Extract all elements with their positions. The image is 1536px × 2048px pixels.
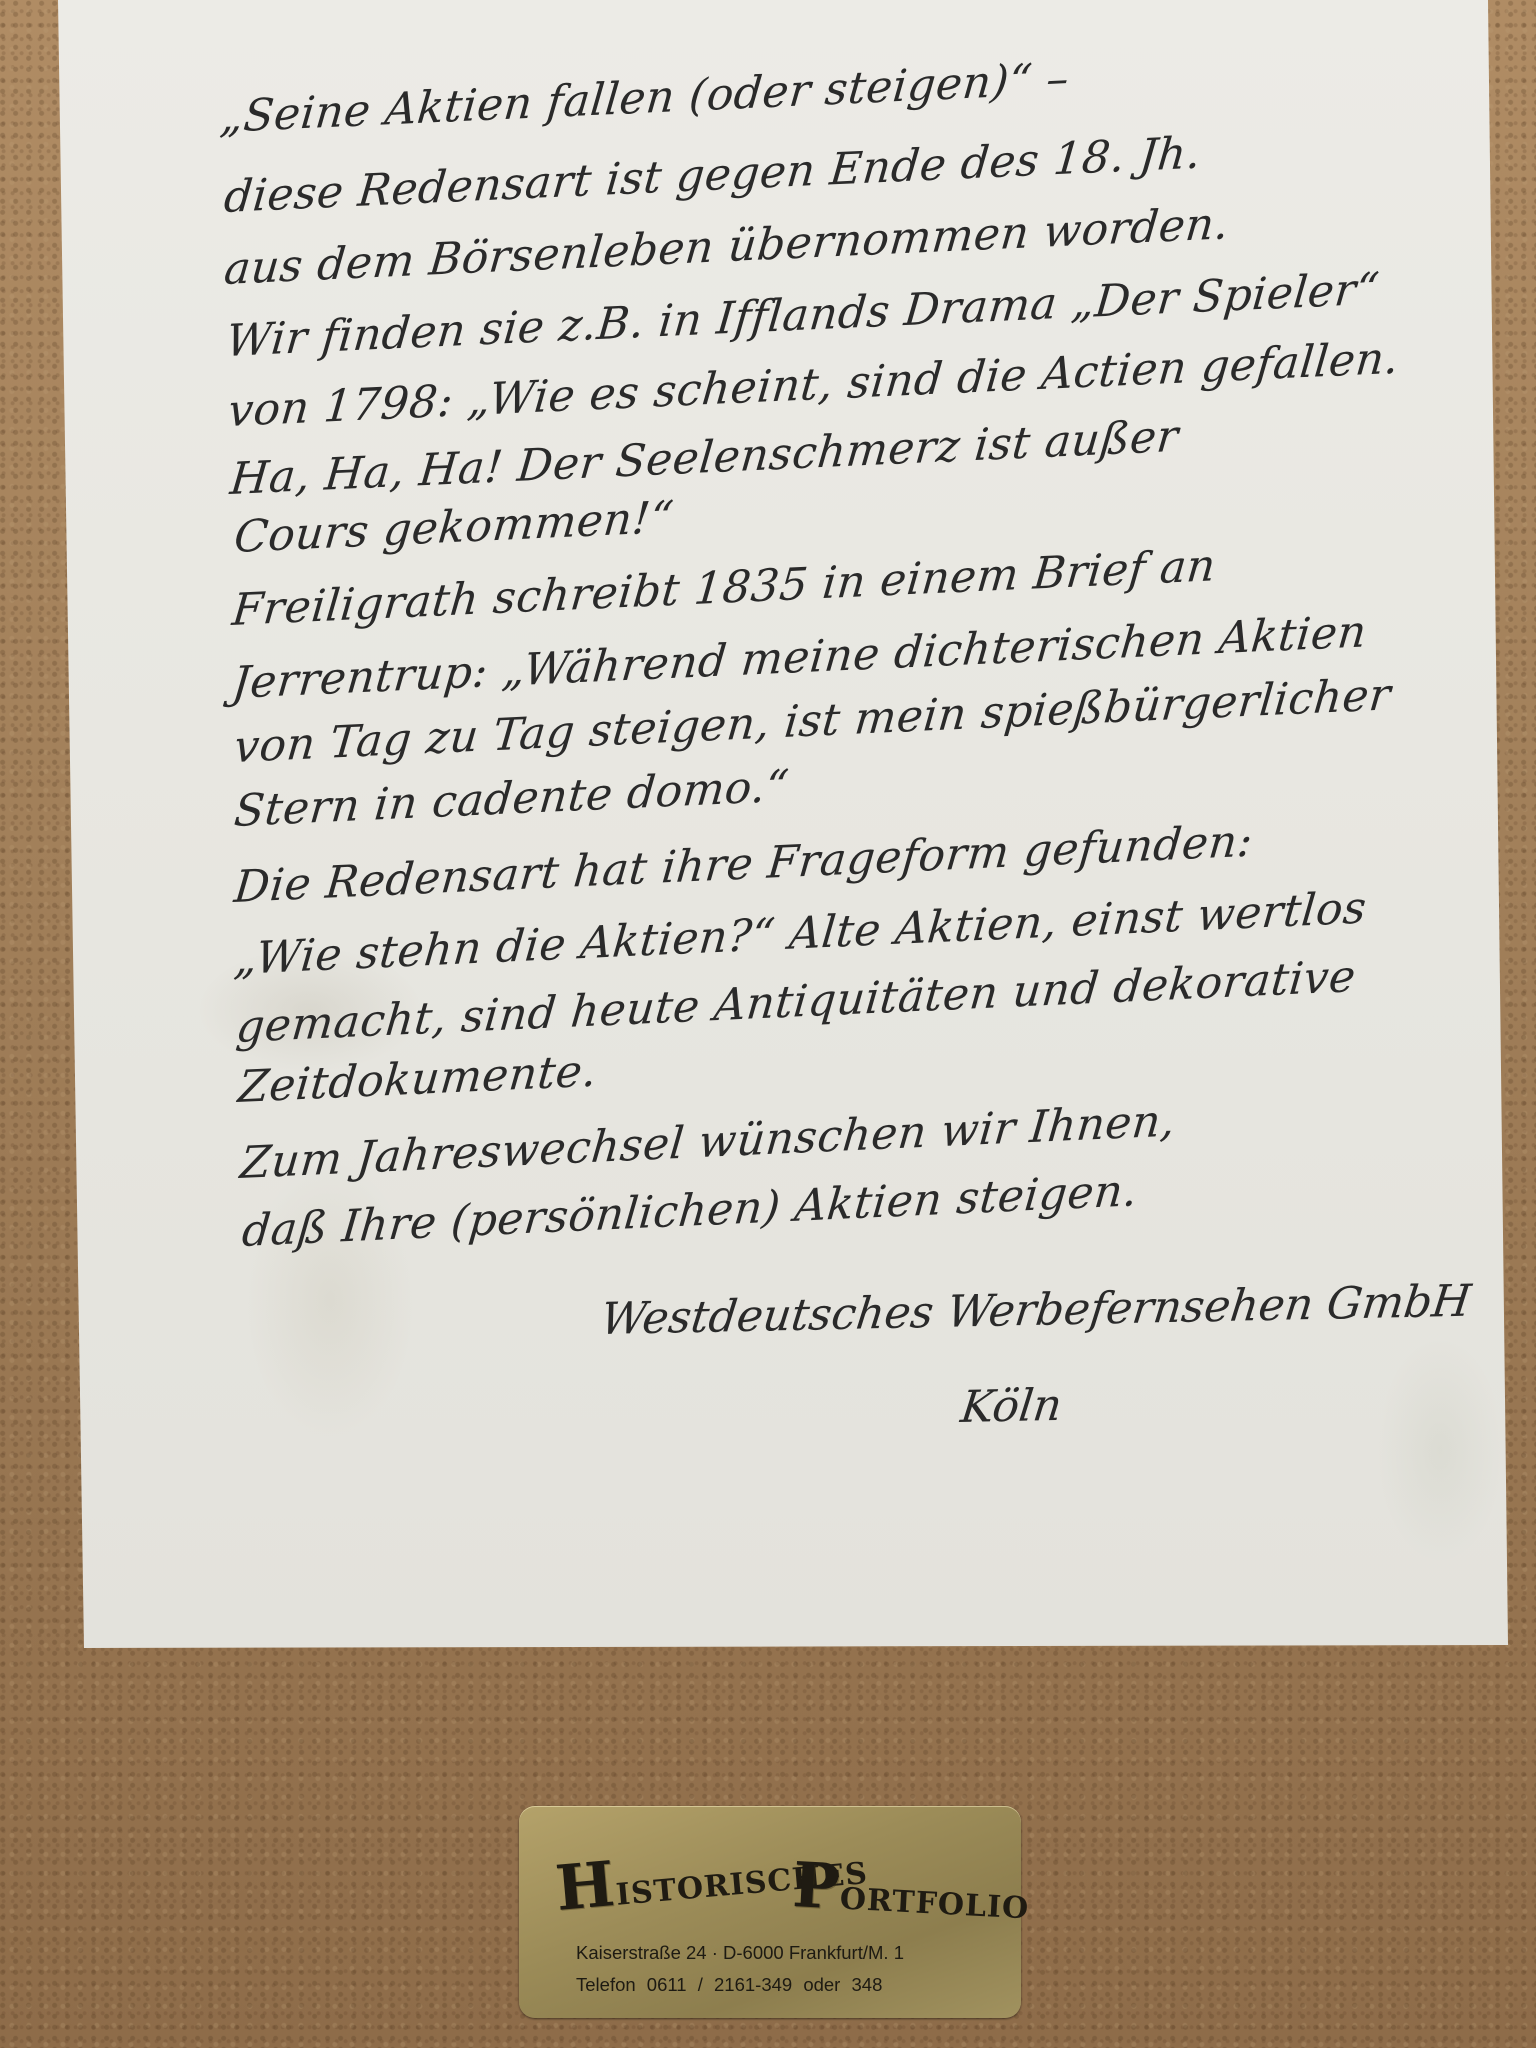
historisches-portfolio-plaque: HISTORISCHES PORTFOLIO Kaiserstraße 24 ·… bbox=[519, 1806, 1021, 2018]
plaque-brand-logo: HISTORISCHES PORTFOLIO bbox=[559, 1846, 989, 1936]
plaque-phone: Telefon 0611 / 2161-349 oder 348 bbox=[576, 1974, 882, 1996]
plaque-address: Kaiserstraße 24 · D-6000 Frankfurt/M. 1 bbox=[576, 1942, 904, 1964]
signature-company: Westdeutsches Werbefernsehen GmbH bbox=[598, 1276, 1474, 1345]
signature-city: Köln bbox=[958, 1380, 1065, 1433]
brand-word-portfolio: PORTFOLIO bbox=[791, 1848, 1032, 1933]
text-line: „Seine Aktien fallen (oder steigen)“ – bbox=[218, 53, 1071, 143]
text-line: Zeitdokumente. bbox=[236, 1045, 599, 1113]
text-line: Stern in cadente domo.“ bbox=[232, 761, 791, 837]
document-text: „Seine Aktien fallen (oder steigen)“ – d… bbox=[0, 0, 1536, 1650]
text-line: Cours gekommen!“ bbox=[232, 492, 676, 563]
